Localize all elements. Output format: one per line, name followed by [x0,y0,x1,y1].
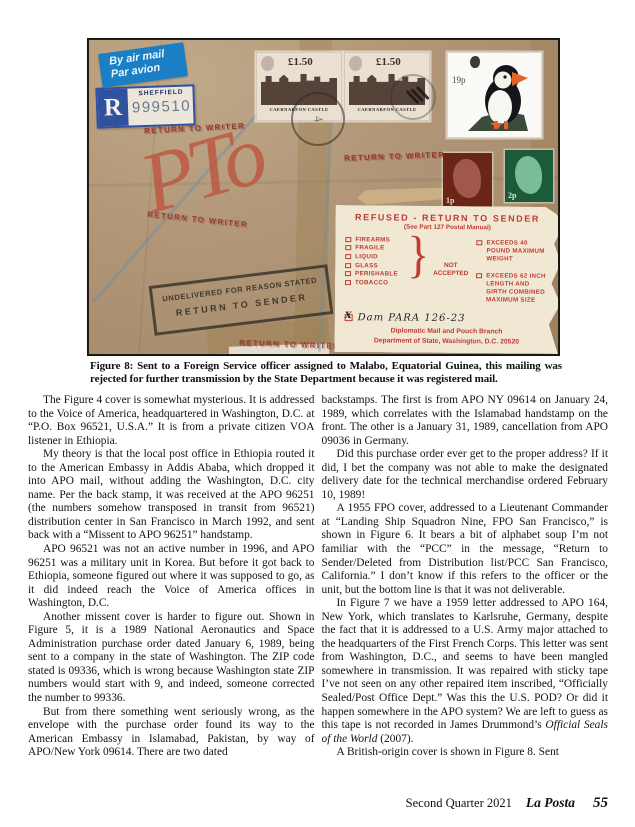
checkbox-icon [345,280,351,285]
figure-8-cover-photo: By air mail Par avion R SHEFFIELD 999510… [87,38,560,356]
queen-silhouette-icon [261,56,274,71]
refused-item-label: GLASS [355,262,378,269]
handwritten-reason: X Dam PARA 126-23 [345,313,549,326]
postmark-date: 4 [310,115,326,124]
refused-grid: FIREARMS FRAGILE LIQUID GLASS PERISHABLE… [345,235,550,313]
refused-subtitle: (See Part 127 Postal Manual) [345,223,549,232]
paragraph: backstamps. The first is from APO NY 096… [322,394,609,448]
refused-item-label: FIREARMS [355,236,390,243]
queen-profile-icon [453,159,481,198]
registration-office: SHEFFIELD [131,88,190,97]
registration-label-right: SHEFFIELD 999510 [127,86,193,125]
journal-title: La Posta [526,795,575,810]
figure-caption: Figure 8: Sent to a Foreign Service offi… [90,360,562,386]
refused-item: EXCEEDS 40 POUND MAXIMUM WEIGHT [476,239,549,264]
refused-item: FRAGILE [345,244,407,253]
paragraph: A 1955 FPO cover, addressed to a Lieuten… [322,502,609,597]
stamp-value: 1p [446,196,454,205]
stamp-value: 2p [508,191,516,200]
right-column: backstamps. The first is from APO NY 096… [322,394,609,760]
paragraph: Another missent cover is harder to figur… [28,611,315,706]
left-column: The Figure 4 cover is somewhat mysteriou… [28,394,315,760]
checkbox-icon [345,237,351,242]
stamp-value: 19p [452,75,466,85]
refused-item: PERISHABLE [345,269,407,278]
checkbox-icon [345,245,351,250]
refused-item: LIQUID [345,252,407,261]
stamp-value: £1.50 [288,56,313,68]
refused-item: TOBACCO [345,278,407,287]
paragraph: Did this purchase order ever get to the … [322,448,609,502]
paragraph: The Figure 4 cover is somewhat mysteriou… [28,394,315,448]
circular-postmark: 4 [291,92,345,146]
checkbox-icon [345,263,351,268]
page-footer: Second Quarter 2021 La Posta 55 [28,794,608,812]
refused-footer-line1: Diplomatic Mail and Pouch Branch [345,328,549,337]
paragraph: My theory is that the local post office … [28,448,315,543]
castle-stamp-head: £1.50 [349,56,425,71]
checkbox-icon [476,273,482,278]
paragraph: In Figure 7 we have a 1959 letter addres… [322,597,609,746]
page-number: 55 [593,795,608,811]
registration-label: R SHEFFIELD 999510 [95,84,195,128]
paragraph-text: (2007). [377,733,413,745]
refused-left-list: FIREARMS FRAGILE LIQUID GLASS PERISHABLE… [345,235,408,312]
tape-arrow [357,186,450,206]
checkbox-icon [345,271,351,276]
checkbox-icon [477,240,483,245]
stamp-value: £1.50 [376,56,401,68]
refused-title: REFUSED - RETURN TO SENDER [345,212,549,224]
refused-label: REFUSED - RETURN TO SENDER (See Part 127… [334,205,558,354]
checked-checkbox-icon: X [345,315,353,322]
machin-1p-stamp: 1p [443,153,492,207]
refused-item-label: EXCEEDS 62 INCH LENGTH AND GIRTH COMBINE… [486,272,549,305]
journal-page: By air mail Par avion R SHEFFIELD 999510… [0,0,635,827]
checkbox-icon [345,254,351,259]
x-mark: X [345,312,352,322]
puffin-illustration [448,53,543,139]
registration-number: 999510 [132,97,192,116]
refused-item-label: PERISHABLE [355,270,398,277]
machin-2p-stamp: 2p [505,150,553,202]
refused-item-label: TOBACCO [355,279,388,286]
registration-r-icon: R [97,89,128,127]
queen-silhouette-icon [470,56,480,68]
paragraph: But from there something went seriously … [28,706,315,760]
queen-silhouette-icon [349,56,362,71]
article-body: The Figure 4 cover is somewhat mysteriou… [28,394,608,760]
refused-item-label: EXCEEDS 40 POUND MAXIMUM WEIGHT [486,239,549,264]
paragraph: APO 96521 was not an active number in 19… [28,543,315,611]
paragraph-text: In Figure 7 we have a 1959 letter addres… [322,597,609,731]
castle-stamp-head: £1.50 [261,56,337,71]
paragraph: A British-origin cover is shown in Figur… [322,746,609,760]
not-accepted-label: NOT ACCEPTED [433,262,468,278]
queen-profile-icon [515,156,543,193]
refused-right-list: EXCEEDS 40 POUND MAXIMUM WEIGHT EXCEEDS … [476,236,549,313]
airmail-label: By air mail Par avion [98,42,188,88]
puffin-stamp: 19p [447,52,542,138]
refused-footer-line2: Department of State, Washington, D.C. 20… [344,338,548,347]
refused-item: FIREARMS [345,235,407,244]
refused-item-label: FRAGILE [355,245,384,252]
refused-item: GLASS [345,261,407,270]
refused-item: EXCEEDS 62 INCH LENGTH AND GIRTH COMBINE… [476,272,549,305]
issue-label: Second Quarter 2021 [406,796,512,810]
brace-glyph: } [407,229,430,317]
envelope: By air mail Par avion R SHEFFIELD 999510… [89,40,558,354]
return-to-writer-handstamp: RETURN TO WRITER [344,150,445,163]
refused-item-label: LIQUID [355,253,378,260]
